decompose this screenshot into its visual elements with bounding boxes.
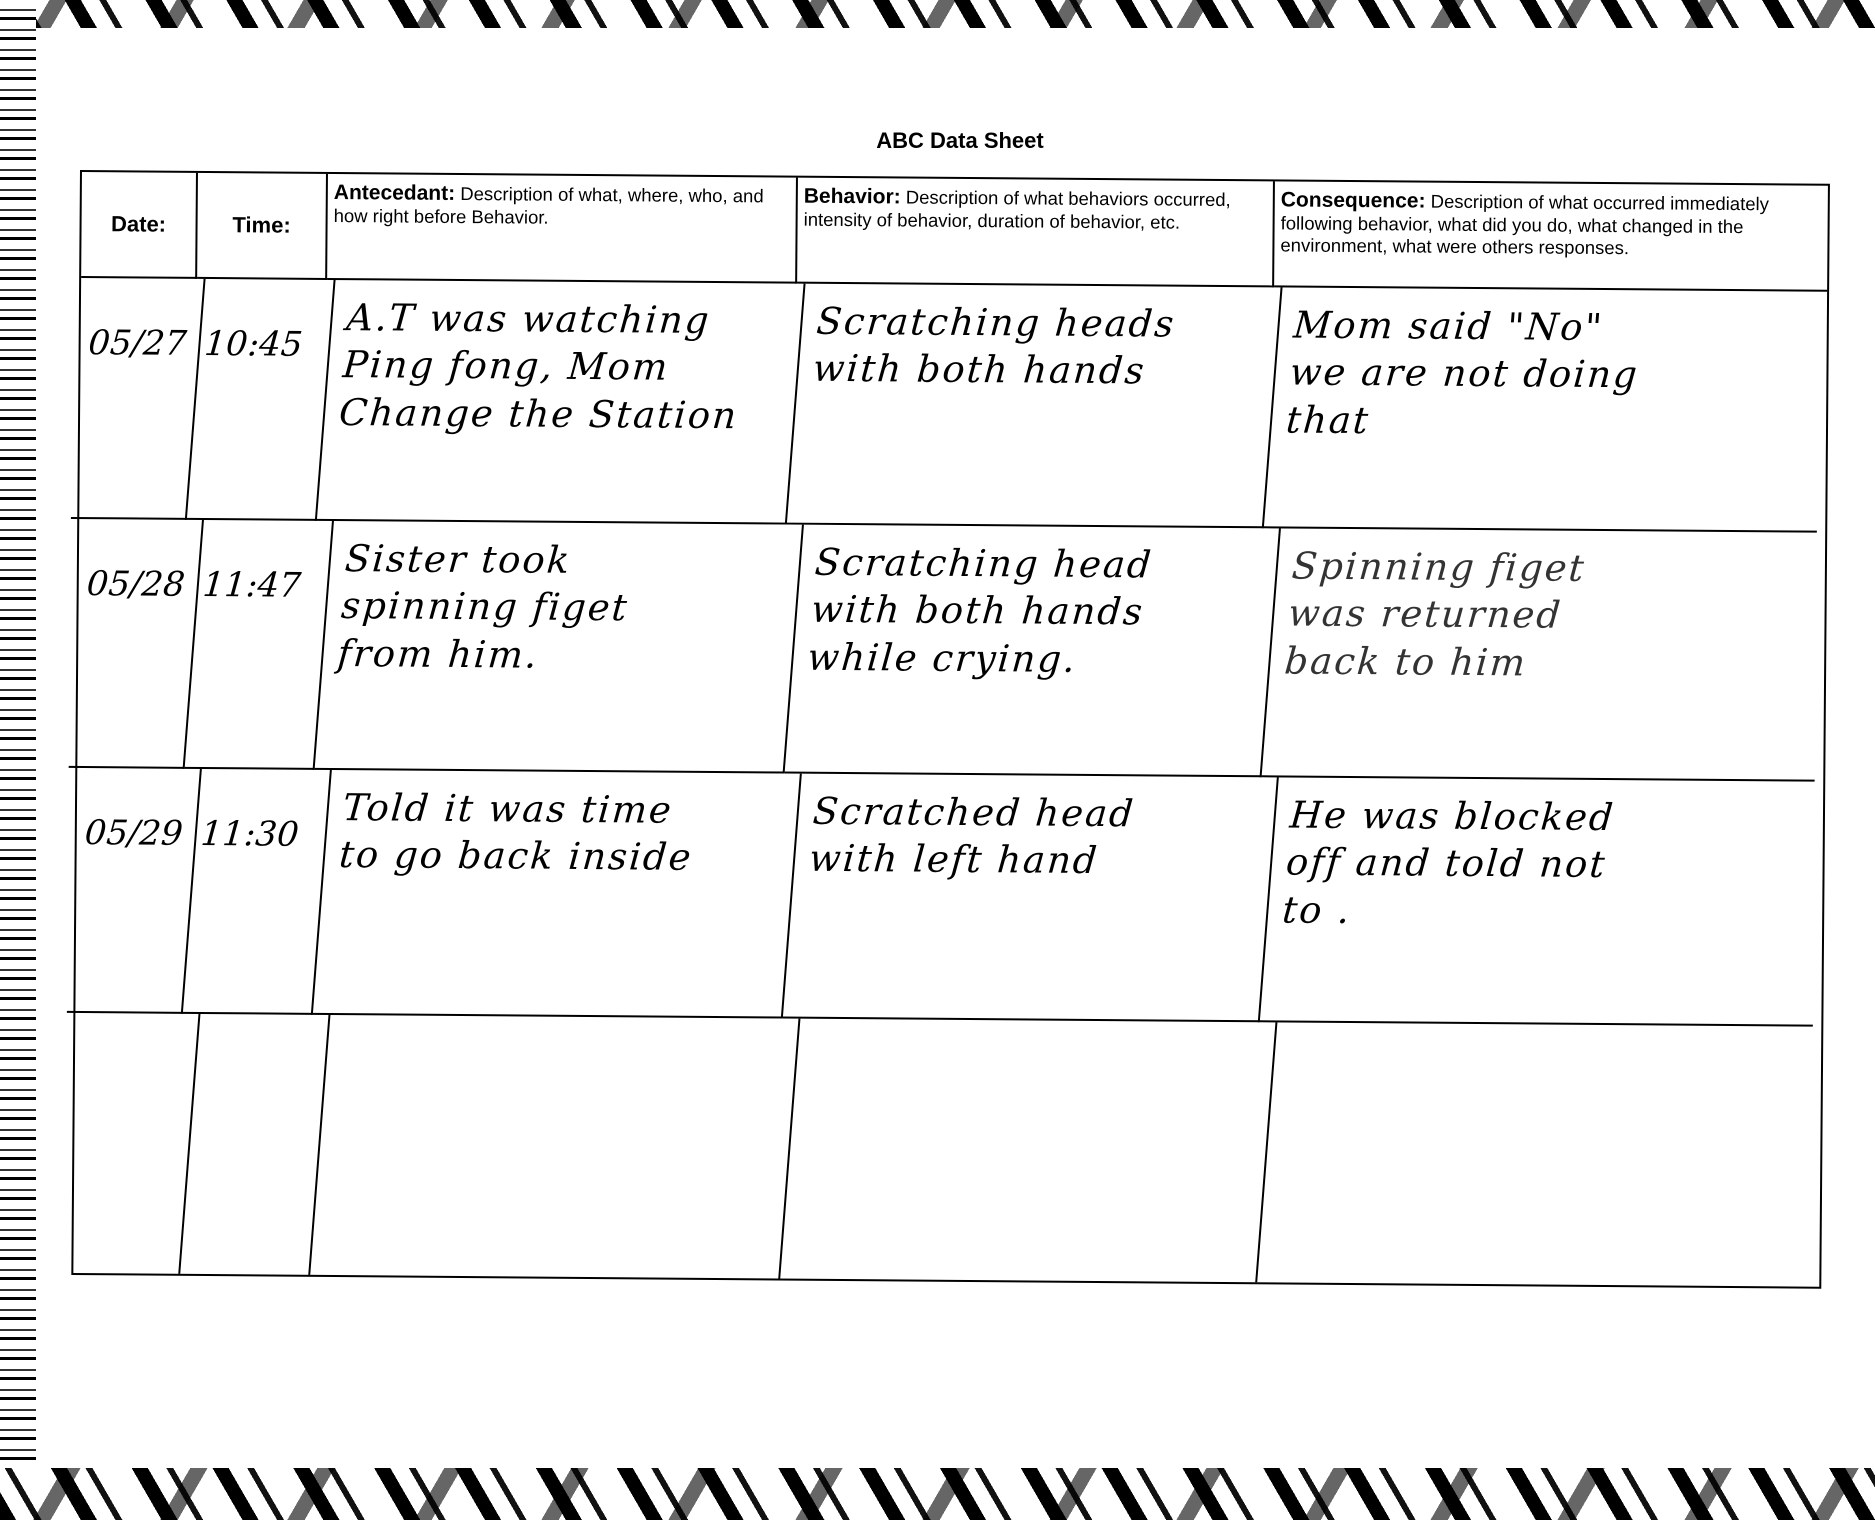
- handwritten-line: A.T was watching: [345, 294, 793, 345]
- handwritten-line: Ping fong, Mom: [341, 341, 789, 392]
- row-3-behavior-cell: Scratched headwith left hand: [783, 774, 1279, 1023]
- row-1-antecedent-cell: A.T was watchingPing fong, MomChange the…: [317, 280, 806, 525]
- header-behavior-label: Behavior:: [804, 185, 901, 209]
- header-date: Date:: [81, 172, 198, 279]
- abc-data-table: Date: Time: Antecedant: Description of w…: [71, 170, 1830, 1289]
- handwritten-line: we are not doing: [1288, 349, 1821, 400]
- row-1-date-cell: 05/27: [71, 278, 206, 520]
- handwritten-line: Sister took: [343, 535, 791, 586]
- handwritten-line: back to him: [1283, 637, 1816, 688]
- row-1-time-cell: 10:45: [187, 279, 336, 521]
- handwritten-line: from him.: [336, 630, 784, 681]
- handwritten-line: while crying.: [806, 633, 1261, 684]
- row-4-time-cell: [180, 1014, 330, 1275]
- handwritten-line: spinning figet: [340, 582, 788, 633]
- header-time: Time:: [197, 173, 328, 280]
- handwritten-line: Mom said "No": [1292, 302, 1825, 353]
- handwritten-line: that: [1284, 396, 1817, 447]
- row-3-time-cell: 11:30: [183, 769, 332, 1015]
- row-3-date-cell: 05/29: [67, 768, 202, 1014]
- handwritten-line: was returned: [1286, 590, 1819, 641]
- row-2-time-cell: 11:47: [185, 520, 334, 770]
- row-1-behavior-cell: Scratching headswith both hands: [787, 284, 1283, 529]
- row-3-consequence-cell: He was blockedoff and told notto .: [1260, 777, 1832, 1026]
- handwritten-line: Scratched head: [811, 788, 1266, 839]
- row-2-antecedent-cell: Sister tookspinning figetfrom him.: [315, 521, 804, 774]
- handwritten-line: Spinning figet: [1290, 543, 1823, 594]
- scan-background-bottom: [0, 1468, 1875, 1520]
- header-consequence-label: Consequence:: [1281, 188, 1426, 212]
- row-4-antecedent-cell: [310, 1015, 800, 1279]
- handwritten-line: Change the Station: [337, 389, 785, 440]
- handwritten-line: to go back inside: [337, 831, 785, 882]
- header-antecedent: Antecedant: Description of what, where, …: [327, 174, 798, 284]
- row-4-consequence-cell: [1257, 1022, 1830, 1286]
- handwritten-line: He was blocked: [1288, 792, 1821, 843]
- row-4-behavior-cell: [780, 1019, 1277, 1283]
- row-1-consequence-cell: Mom said "No"we are not doingthat: [1264, 287, 1836, 532]
- handwritten-line: to .: [1281, 886, 1814, 937]
- handwritten-line: Scratching heads: [815, 298, 1270, 349]
- handwritten-line: with both hands: [809, 586, 1264, 637]
- scan-background-top: [0, 0, 1875, 28]
- row-2-behavior-cell: Scratching headwith both handswhile cryi…: [785, 525, 1281, 778]
- row-2-consequence-cell: Spinning figetwas returnedback to him: [1262, 528, 1834, 781]
- row-4-date-cell: [64, 1013, 200, 1274]
- header-antecedent-label: Antecedant:: [334, 181, 456, 205]
- row-3-antecedent-cell: Told it was timeto go back inside: [313, 770, 802, 1019]
- handwritten-line: off and told not: [1284, 839, 1817, 890]
- header-behavior: Behavior: Description of what behaviors …: [797, 178, 1275, 288]
- handwritten-line: with both hands: [811, 345, 1266, 396]
- handwritten-line: with left hand: [807, 835, 1262, 886]
- sheet-title: ABC Data Sheet: [860, 128, 1060, 154]
- header-consequence: Consequence: Description of what occurre…: [1274, 181, 1828, 291]
- handwritten-line: Scratching head: [813, 539, 1268, 590]
- scan-background-left: [0, 0, 36, 1520]
- handwritten-line: Told it was time: [341, 784, 789, 835]
- row-2-date-cell: 05/28: [69, 519, 204, 769]
